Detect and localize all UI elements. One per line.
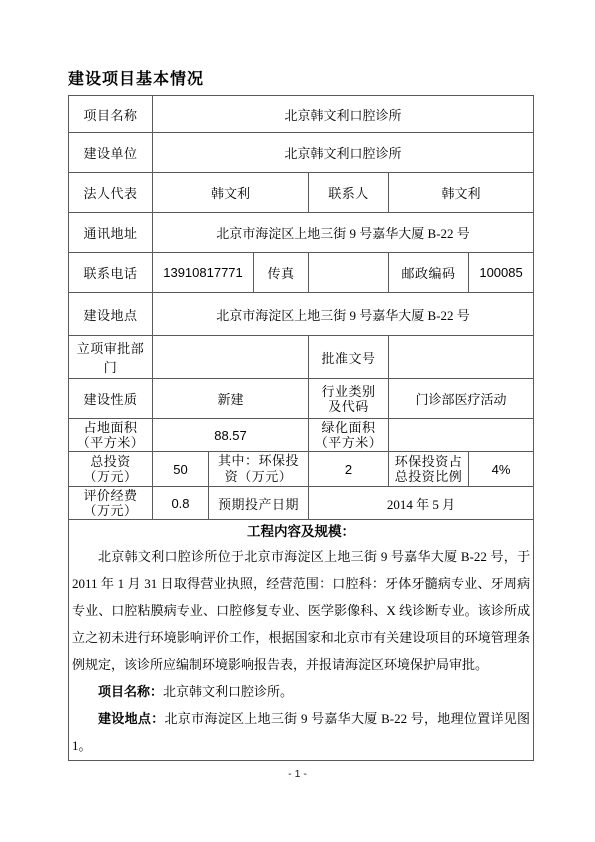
mail-address-label: 通讯地址 <box>69 213 153 253</box>
approval-dept-label: 立项审批部门 <box>69 336 153 379</box>
page-number: - 1 - <box>0 768 595 780</box>
env-ratio-label: 环保投资占 总投资比例 <box>389 452 469 487</box>
area-value: 88.57 <box>153 419 309 452</box>
doc-no-value <box>389 336 534 379</box>
content-paragraph: 北京韩文利口腔诊所位于北京市海淀区上地三街 9 号嘉华大厦 B-22 号，于 2… <box>72 543 530 678</box>
postcode-label: 邮政编码 <box>389 253 469 293</box>
table-row: 法人代表 韩文利 联系人 韩文利 <box>69 173 534 213</box>
contact-person-value: 韩文利 <box>389 173 534 213</box>
document-page: 建设项目基本情况 项目名称 北京韩文利口腔诊所 建设单位 北京韩文利口腔诊所 法… <box>0 0 595 842</box>
legal-rep-label: 法人代表 <box>69 173 153 213</box>
content-item-label: 项目名称： <box>98 684 163 699</box>
env-investment-value: 2 <box>309 452 389 487</box>
mail-address-value: 北京市海淀区上地三街 9 号嘉华大厦 B-22 号 <box>153 213 534 253</box>
content-item-project-name: 项目名称：北京韩文利口腔诊所。 <box>72 678 530 705</box>
content-item-site: 建设地点：北京市海淀区上地三街 9 号嘉华大厦 B-22 号，地理位置详见图 1… <box>72 705 530 759</box>
doc-no-label: 批准文号 <box>309 336 389 379</box>
project-basic-info-table: 项目名称 北京韩文利口腔诊所 建设单位 北京韩文利口腔诊所 法人代表 韩文利 联… <box>68 95 534 761</box>
table-row: 通讯地址 北京市海淀区上地三街 9 号嘉华大厦 B-22 号 <box>69 213 534 253</box>
phone-value: 13910817771 <box>153 253 254 293</box>
table-row: 立项审批部门 批准文号 <box>69 336 534 379</box>
content-item-text: 北京韩文利口腔诊所。 <box>163 684 293 699</box>
construction-unit-label: 建设单位 <box>69 133 153 173</box>
table-row: 占地面积 （平方米） 88.57 绿化面积 （平方米） <box>69 419 534 452</box>
green-area-label: 绿化面积 （平方米） <box>309 419 389 452</box>
total-investment-label: 总投资 （万元） <box>69 452 153 487</box>
contact-person-label: 联系人 <box>309 173 389 213</box>
fax-value <box>309 253 389 293</box>
table-row: 项目名称 北京韩文利口腔诊所 <box>69 96 534 133</box>
content-section-heading: 工程内容及规模： <box>72 521 530 543</box>
postcode-value: 100085 <box>469 253 534 293</box>
env-ratio-value: 4% <box>469 452 534 487</box>
construction-unit-value: 北京韩文利口腔诊所 <box>153 133 534 173</box>
table-row: 建设地点 北京市海淀区上地三街 9 号嘉华大厦 B-22 号 <box>69 293 534 336</box>
industry-value: 门诊部医疗活动 <box>389 379 534 419</box>
approval-dept-value <box>153 336 309 379</box>
nature-label: 建设性质 <box>69 379 153 419</box>
project-name-value: 北京韩文利口腔诊所 <box>153 96 534 133</box>
legal-rep-value: 韩文利 <box>153 173 309 213</box>
industry-label: 行业类别 及代码 <box>309 379 389 419</box>
site-label: 建设地点 <box>69 293 153 336</box>
content-item-label: 建设地点： <box>98 711 165 726</box>
nature-value: 新建 <box>153 379 309 419</box>
table-row: 总投资 （万元） 50 其中：环保投资（万元） 2 环保投资占 总投资比例 4% <box>69 452 534 487</box>
env-investment-label: 其中：环保投资（万元） <box>209 452 309 487</box>
site-value: 北京市海淀区上地三街 9 号嘉华大厦 B-22 号 <box>153 293 534 336</box>
table-row: 评价经费 （万元） 0.8 预期投产日期 2014 年 5 月 <box>69 487 534 520</box>
production-date-label: 预期投产日期 <box>209 487 309 520</box>
eval-fee-label: 评价经费 （万元） <box>69 487 153 520</box>
production-date-value: 2014 年 5 月 <box>309 487 534 520</box>
content-section-body: 北京韩文利口腔诊所位于北京市海淀区上地三街 9 号嘉华大厦 B-22 号，于 2… <box>72 543 530 759</box>
fax-label: 传真 <box>254 253 309 293</box>
green-area-value <box>389 419 534 452</box>
project-name-label: 项目名称 <box>69 96 153 133</box>
project-content-cell: 工程内容及规模： 北京韩文利口腔诊所位于北京市海淀区上地三街 9 号嘉华大厦 B… <box>69 520 534 761</box>
page-title: 建设项目基本情况 <box>68 66 204 89</box>
table-row: 工程内容及规模： 北京韩文利口腔诊所位于北京市海淀区上地三街 9 号嘉华大厦 B… <box>69 520 534 761</box>
table-row: 建设性质 新建 行业类别 及代码 门诊部医疗活动 <box>69 379 534 419</box>
table-row: 联系电话 13910817771 传真 邮政编码 100085 <box>69 253 534 293</box>
phone-label: 联系电话 <box>69 253 153 293</box>
area-label: 占地面积 （平方米） <box>69 419 153 452</box>
total-investment-value: 50 <box>153 452 209 487</box>
table-row: 建设单位 北京韩文利口腔诊所 <box>69 133 534 173</box>
eval-fee-value: 0.8 <box>153 487 209 520</box>
